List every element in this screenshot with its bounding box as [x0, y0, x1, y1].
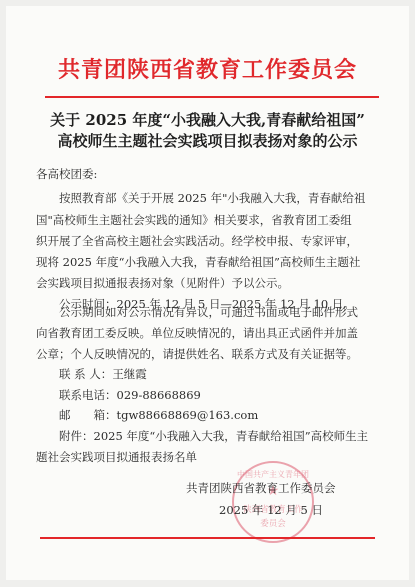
signature-organization: 共青团陕西省教育工作委员会 [186, 481, 336, 495]
contact-phone: 联系电话：029-88668869 [59, 388, 201, 402]
official-seal: 中国共产主义青年团 ★ 陕西省教育工作 委员会 [232, 461, 314, 543]
contact-person-label: 联 系 人： [59, 367, 112, 381]
contact-person: 联 系 人：王继霞 [59, 367, 147, 381]
letterhead-organization: 共青团陕西省教育工作委员会 [0, 53, 415, 84]
contact-email-label: 邮 箱： [59, 408, 117, 422]
paragraph-2-line: 公章；个人反映情况的，请提供姓名、联系方式及有关证据等。 [36, 347, 358, 361]
attachment-line: 题社会实践项目拟通报表扬名单 [36, 450, 197, 464]
seal-top-text: 中国共产主义青年团 [234, 469, 312, 480]
paragraph-2-line: 向省教育团工委反映。单位反映情况的，请出具正式函件并加盖 [36, 326, 358, 340]
paragraph-2-line: 公示期间如对公示情况有异议，可通过书面或电子邮件形式 [59, 305, 358, 319]
attachment-line: 附件：2025 年度“小我融入大我，青春献给祖国”高校师生主 [59, 429, 368, 443]
contact-person-name: 王继霞 [112, 367, 147, 381]
letterhead-divider [45, 96, 379, 98]
contact-email: 邮 箱：tgw88668869@163.com [59, 408, 258, 422]
seal-bottom-text: 委员会 [234, 517, 312, 529]
document-title-line-2: 高校师生主题社会实践项目拟表扬对象的公示 [0, 131, 415, 152]
salutation: 各高校团委: [36, 167, 97, 181]
contact-email-address[interactable]: tgw88668869@163.com [117, 408, 259, 422]
signature-date: 2025 年 12 月 5 日 [219, 503, 323, 517]
document-title-line-1: 关于 2025 年度“小我融入大我,青春献给祖国” [0, 110, 415, 131]
paragraph-1-line: 现将 2025 年度“小我融入大我，青春献给祖国”高校师生主题社 [36, 255, 360, 269]
paragraph-1-line: 会实践项目拟通报表扬对象（见附件）予以公示。 [36, 276, 289, 290]
contact-phone-label: 联系电话： [59, 388, 117, 402]
contact-phone-number: 029-88668869 [117, 388, 201, 402]
footer-divider [40, 537, 375, 539]
paragraph-1-line: 国"高校师生主题社会实践的通知》相关要求，省教育团工委组 [36, 213, 352, 227]
paragraph-1-line: 按照教育部《关于开展 2025 年"小我融入大我，青春献给祖 [59, 191, 365, 205]
paragraph-1-line: 织开展了全省高校主题社会实践活动。经学校申报、专家评审， [36, 234, 358, 248]
